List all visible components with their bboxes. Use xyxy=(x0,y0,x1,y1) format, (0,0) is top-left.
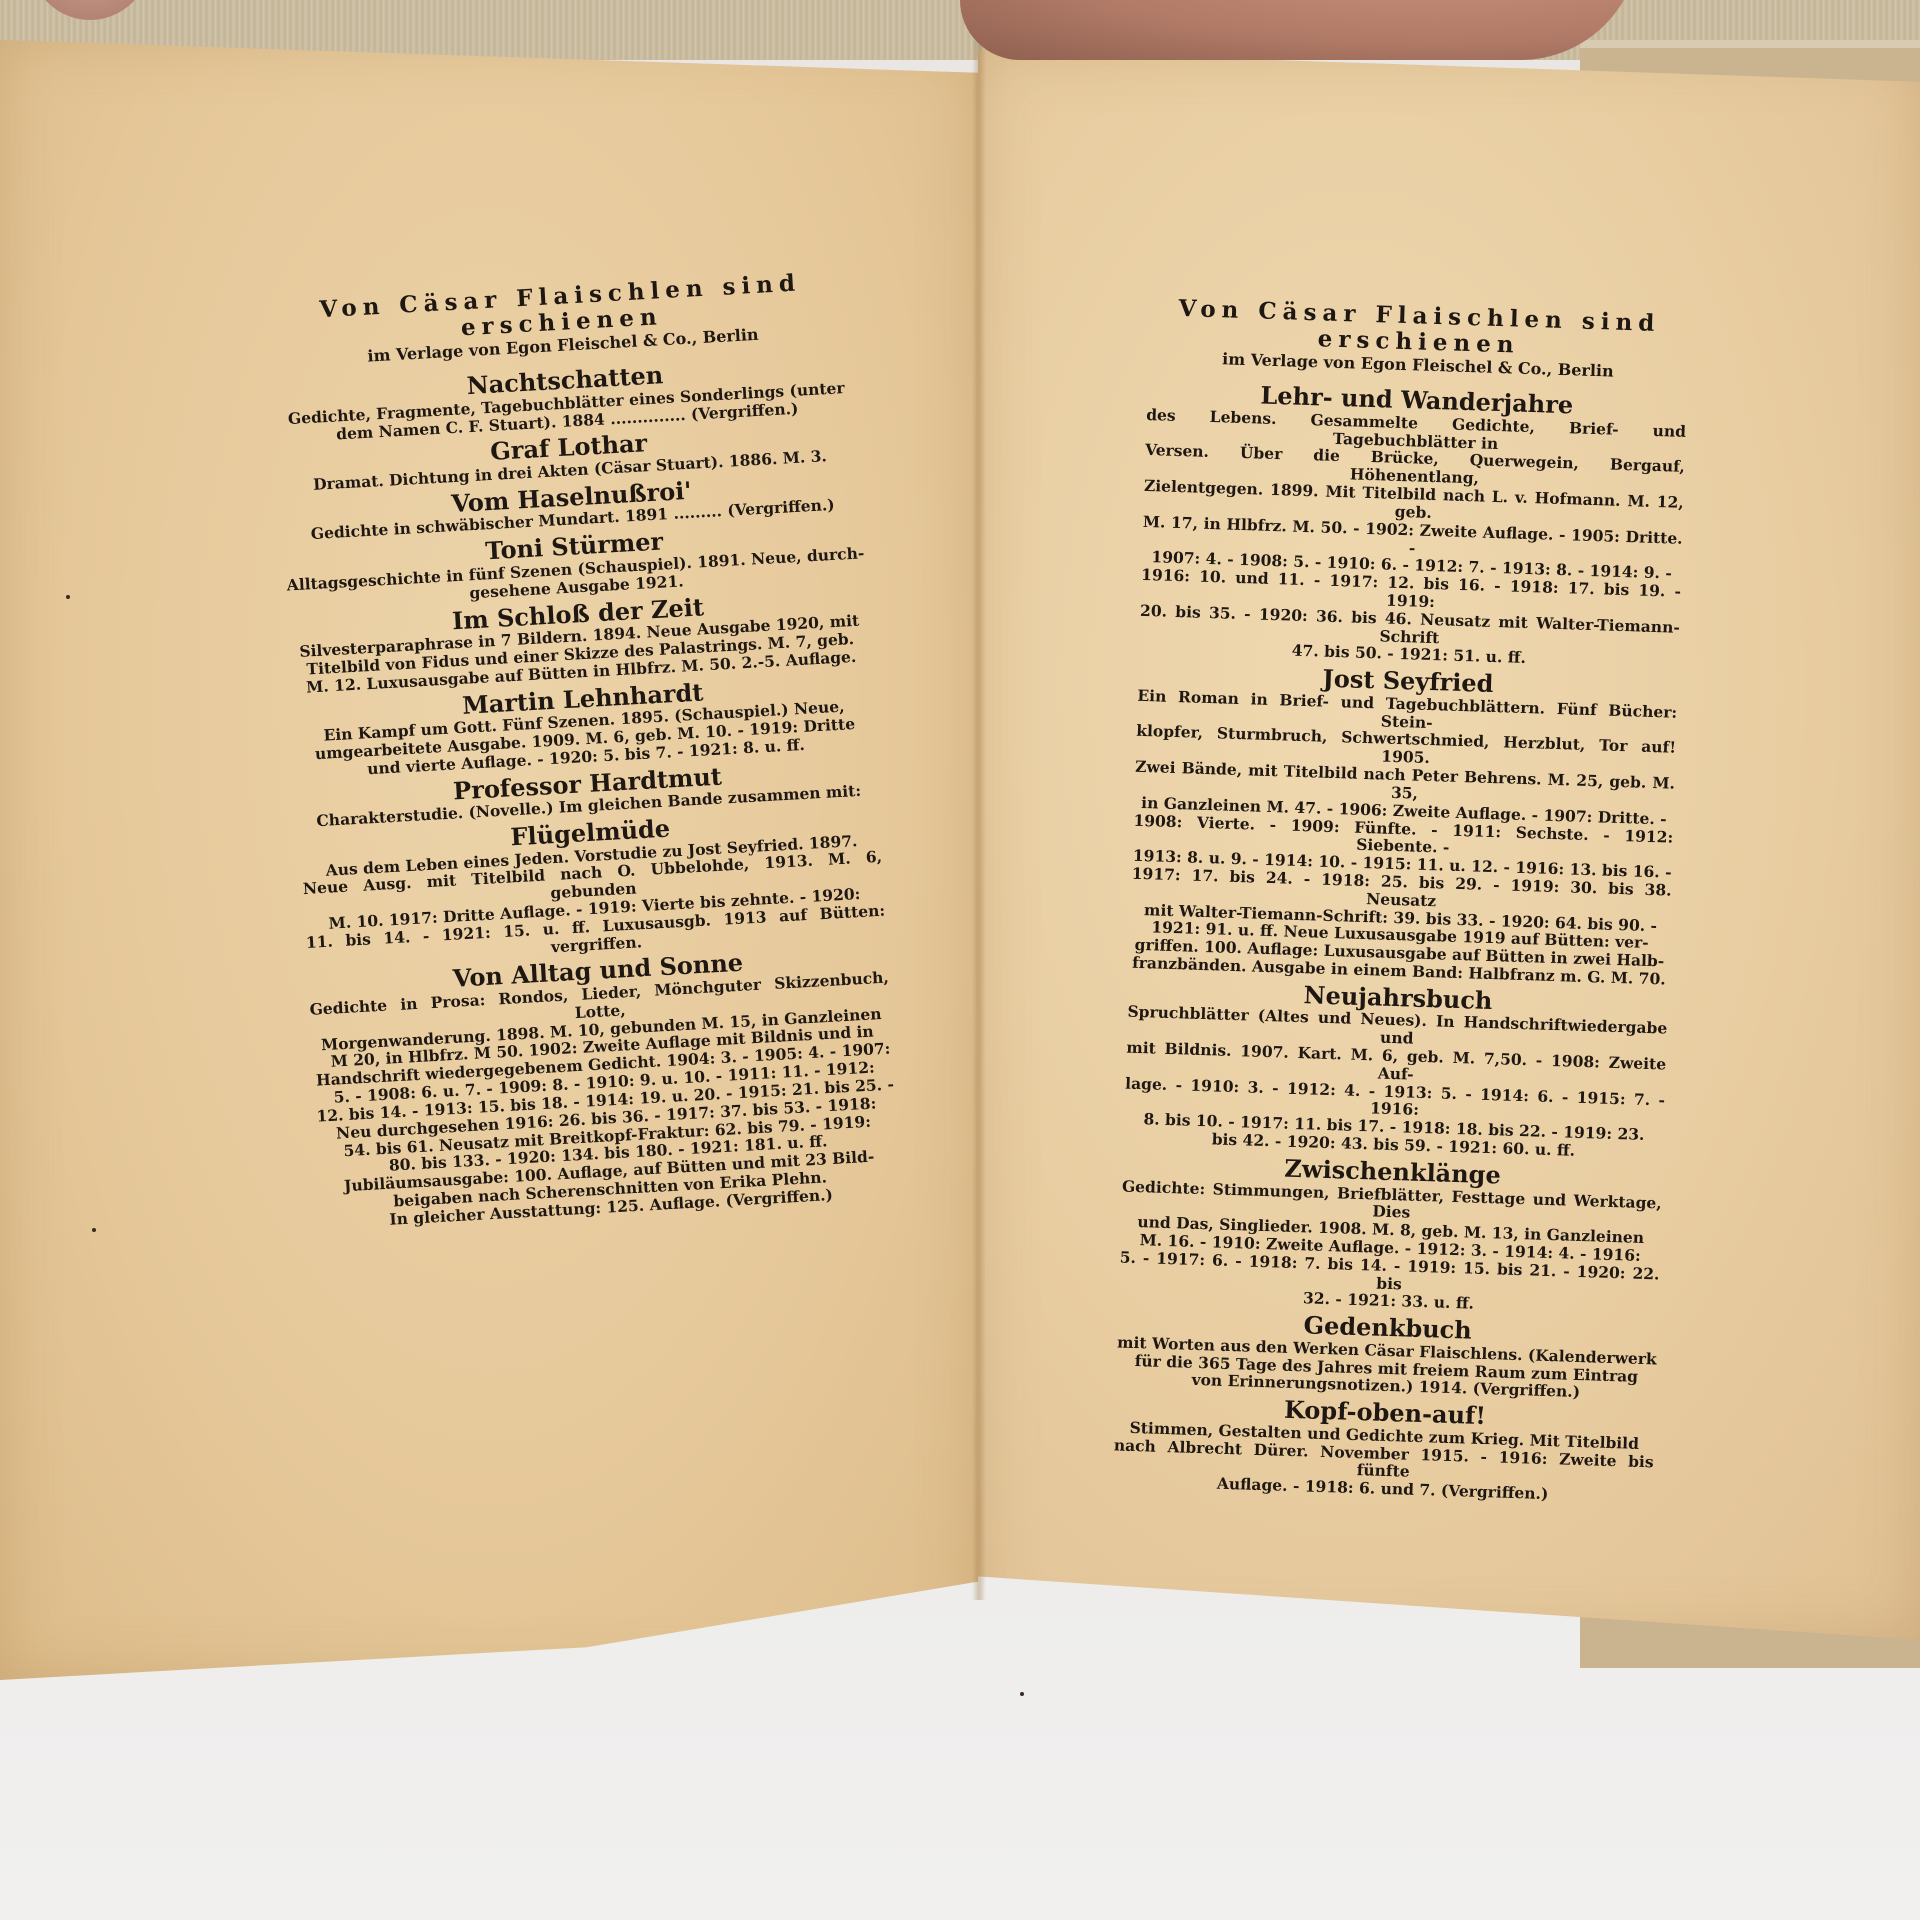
entry: Lehr- und Wanderjahre des Lebens. Gesamm… xyxy=(1139,378,1687,672)
paper-speck xyxy=(66,595,70,599)
entry: Kopf-oben-auf! Stimmen, Gestalten und Ge… xyxy=(1112,1391,1655,1507)
floor-speck xyxy=(1020,1692,1024,1696)
right-page-text: Von Cäsar Flaischlen sind erschienen im … xyxy=(1112,295,1689,1506)
entry: Gedenkbuch mit Worten aus den Werken Cäs… xyxy=(1116,1306,1658,1404)
entry: Zwischenklänge Gedichte: Stimmungen, Bri… xyxy=(1118,1150,1663,1319)
entry: Flügelmüde Aus dem Leben eines Jeden. Vo… xyxy=(300,803,887,970)
entry: Neujahrsbuch Spruchblätter (Altes und Ne… xyxy=(1123,975,1668,1162)
hand-holding-book xyxy=(960,0,1640,60)
entry: Von Alltag und Sonne Gedichte in Prosa: … xyxy=(308,941,902,1232)
book-gutter xyxy=(972,40,986,1600)
entry: Jost Seyfried Ein Roman in Brief- und Ta… xyxy=(1129,659,1679,988)
paper-speck xyxy=(92,1228,96,1232)
left-page-text: Von Cäsar Flaischlen sind erschienen im … xyxy=(270,268,901,1233)
